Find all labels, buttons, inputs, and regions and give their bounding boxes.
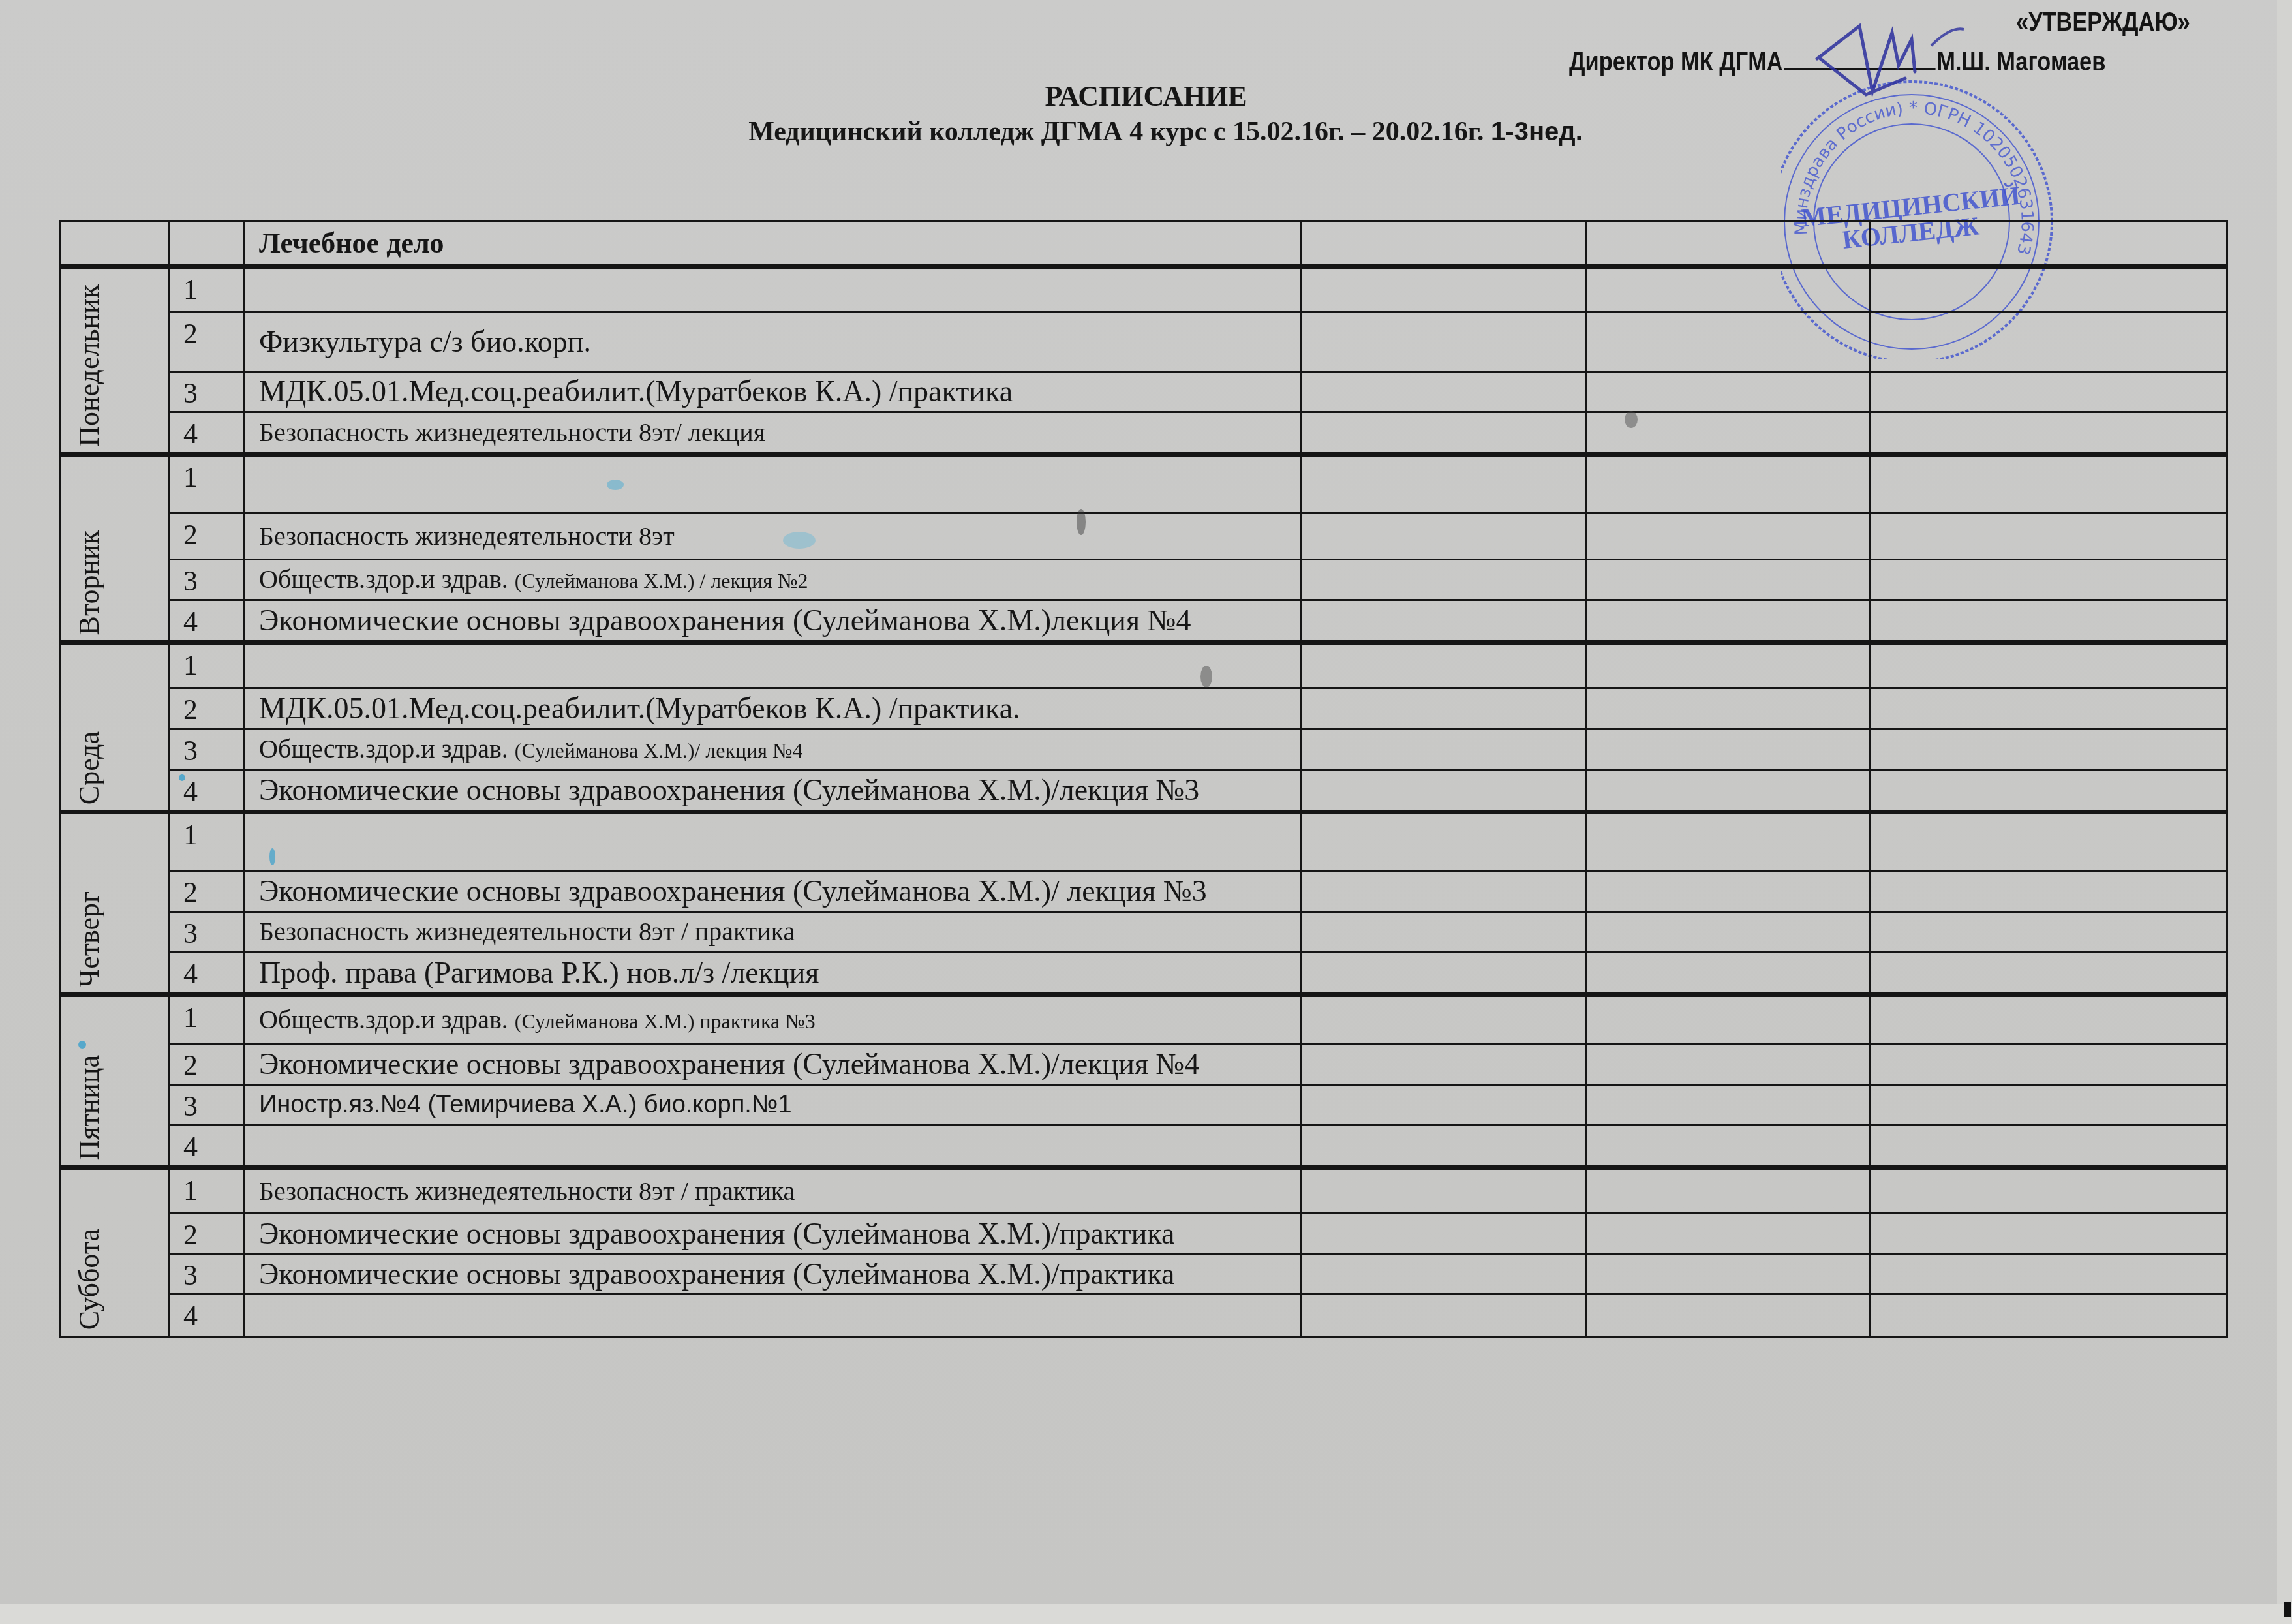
empty-cell (1587, 371, 1870, 412)
lesson-number: 2 (170, 513, 244, 559)
table-row: 2Экономические основы здравоохранения (С… (60, 1044, 2227, 1084)
lesson-number: 4 (170, 1125, 244, 1167)
empty-cell (1587, 729, 1870, 769)
empty-cell (1302, 455, 1587, 513)
lesson-subject: Безопасность жизнедеятельности 8эт (259, 521, 675, 551)
lesson-detail: (Сулейманова Х.М.)/ лекция №4 (515, 739, 803, 762)
lesson-subject-cell: МДК.05.01.Мед.соц.реабилит.(Муратбеков К… (244, 688, 1302, 729)
empty-cell (1587, 995, 1870, 1044)
empty-cell (1302, 688, 1587, 729)
document-title: РАСПИСАНИЕ (0, 80, 2292, 113)
lesson-subject: Обществ.здор.и здрав. (259, 734, 515, 763)
table-row: Вторник1 (60, 455, 2227, 513)
approval-signature-line: Директор МК ДГМАМ.Ш. Магомаев (1569, 46, 2105, 77)
empty-cell (1302, 995, 1587, 1044)
lesson-subject: Обществ.здор.и здрав. (259, 564, 515, 594)
table-row: 2МДК.05.01.Мед.соц.реабилит.(Муратбеков … (60, 688, 2227, 729)
lesson-subject: Безопасность жизнедеятельности 8эт/ лекц… (259, 418, 765, 447)
empty-cell (1302, 1125, 1587, 1167)
lesson-number: 4 (170, 412, 244, 454)
table-row: 2Экономические основы здравоохранения (С… (60, 1214, 2227, 1254)
header-extra-cell (1302, 221, 1587, 267)
lesson-subject: Экономические основы здравоохранения (Су… (259, 1217, 1174, 1250)
empty-cell (1302, 952, 1587, 994)
lesson-subject: Физкультура с/з био.корп. (259, 325, 591, 358)
empty-cell (1870, 455, 2227, 513)
empty-cell (1587, 1295, 1870, 1337)
lesson-subject: Экономические основы здравоохранения (Су… (259, 773, 1199, 806)
empty-cell (1302, 267, 1587, 313)
table-header-row: Лечебное дело (60, 221, 2227, 267)
empty-cell (1870, 1295, 2227, 1337)
empty-cell (1587, 412, 1870, 454)
lesson-detail: (Сулейманова Х.М.) практика №3 (515, 1009, 816, 1033)
empty-cell (1870, 952, 2227, 994)
empty-cell (1587, 643, 1870, 688)
empty-cell (1870, 412, 2227, 454)
lesson-subject-cell (244, 455, 1302, 513)
lesson-subject-cell: Обществ.здор.и здрав. (Сулейманова Х.М.)… (244, 995, 1302, 1044)
lesson-subject: Экономические основы здравоохранения (Су… (259, 874, 1207, 908)
empty-cell (1302, 412, 1587, 454)
table-row: 2Экономические основы здравоохранения (С… (60, 871, 2227, 912)
lesson-number: 1 (170, 995, 244, 1044)
lesson-number: 4 (170, 952, 244, 994)
document-subtitle: Медицинский колледж ДГМА 4 курс с 15.02.… (20, 116, 2292, 147)
lesson-number: 4 (170, 600, 244, 642)
empty-cell (1870, 1044, 2227, 1084)
header-extra-cell (1870, 221, 2227, 267)
lesson-subject: Безопасность жизнедеятельности 8эт / пра… (259, 1176, 795, 1206)
lesson-subject: Экономические основы здравоохранения (Су… (259, 604, 1191, 637)
empty-cell (1587, 600, 1870, 642)
header-extra-cell (1587, 221, 1870, 267)
empty-cell (1587, 1125, 1870, 1167)
empty-cell (1587, 688, 1870, 729)
day-cell: Вторник (60, 455, 170, 643)
table-row: 3Безопасность жизнедеятельности 8эт / пр… (60, 912, 2227, 952)
table-row: 4 (60, 1125, 2227, 1167)
table-row: Среда1 (60, 643, 2227, 688)
empty-cell (1302, 1295, 1587, 1337)
empty-cell (1302, 729, 1587, 769)
day-cell: Суббота (60, 1168, 170, 1337)
lesson-subject-cell: Безопасность жизнедеятельности 8эт (244, 513, 1302, 559)
lesson-subject: Иностр.яз.№4 (Темирчиева Х.А.) био.корп.… (259, 1091, 792, 1118)
empty-cell (1870, 769, 2227, 812)
empty-cell (1587, 313, 1870, 371)
lesson-subject-cell: Иностр.яз.№4 (Темирчиева Х.А.) био.корп.… (244, 1084, 1302, 1125)
empty-cell (1302, 600, 1587, 642)
lesson-subject: Безопасность жизнедеятельности 8эт / пра… (259, 917, 795, 946)
lesson-number: 3 (170, 1254, 244, 1295)
empty-cell (1870, 1125, 2227, 1167)
header-day-cell (60, 221, 170, 267)
day-name: Суббота (75, 1229, 104, 1330)
day-cell: Пятница (60, 995, 170, 1168)
table-row: 2Физкультура с/з био.корп. (60, 313, 2227, 371)
lesson-number: 2 (170, 313, 244, 371)
lesson-number: 3 (170, 729, 244, 769)
table-row: 3Иностр.яз.№4 (Темирчиева Х.А.) био.корп… (60, 1084, 2227, 1125)
empty-cell (1870, 1254, 2227, 1295)
lesson-number: 1 (170, 455, 244, 513)
empty-cell (1587, 267, 1870, 313)
lesson-number: 4 (170, 1295, 244, 1337)
empty-cell (1870, 688, 2227, 729)
weeks-label: 1-3нед. (1491, 117, 1583, 146)
empty-cell (1302, 1044, 1587, 1084)
empty-cell (1302, 1254, 1587, 1295)
empty-cell (1587, 1214, 1870, 1254)
table-row: 4Проф. права (Рагимова Р.К.) нов.л/з /ле… (60, 952, 2227, 994)
table-row: Понедельник1 (60, 267, 2227, 313)
day-cell: Четверг (60, 812, 170, 995)
lesson-number: 3 (170, 1084, 244, 1125)
empty-cell (1302, 1168, 1587, 1214)
lesson-number: 2 (170, 871, 244, 912)
empty-cell (1870, 1168, 2227, 1214)
empty-cell (1302, 643, 1587, 688)
empty-cell (1587, 952, 1870, 994)
empty-cell (1870, 1084, 2227, 1125)
approval-title: «УТВЕРЖДАЮ» (2016, 8, 2190, 37)
empty-cell (1302, 871, 1587, 912)
empty-cell (1870, 729, 2227, 769)
lesson-subject-cell: Безопасность жизнедеятельности 8эт/ лекц… (244, 412, 1302, 454)
lesson-subject-cell: Экономические основы здравоохранения (Су… (244, 871, 1302, 912)
table-row: 3Обществ.здор.и здрав. (Сулейманова Х.М.… (60, 729, 2227, 769)
lesson-subject-cell: Физкультура с/з био.корп. (244, 313, 1302, 371)
table-row: 3МДК.05.01.Мед.соц.реабилит.(Муратбеков … (60, 371, 2227, 412)
table-row: Суббота1Безопасность жизнедеятельности 8… (60, 1168, 2227, 1214)
lesson-subject-cell (244, 1295, 1302, 1337)
header-number-cell (170, 221, 244, 267)
empty-cell (1302, 1214, 1587, 1254)
empty-cell (1870, 995, 2227, 1044)
lesson-subject-cell: Проф. права (Рагимова Р.К.) нов.л/з /лек… (244, 952, 1302, 994)
day-name: Вторник (75, 530, 104, 635)
day-cell: Среда (60, 643, 170, 812)
lesson-number: 1 (170, 643, 244, 688)
lesson-number: 4 (170, 769, 244, 812)
lesson-detail: (Сулейманова Х.М.) / лекция №2 (515, 569, 808, 592)
lesson-number: 2 (170, 1214, 244, 1254)
empty-cell (1302, 371, 1587, 412)
signature-underline (1784, 46, 1935, 70)
lesson-number: 3 (170, 912, 244, 952)
empty-cell (1302, 513, 1587, 559)
empty-cell (1587, 769, 1870, 812)
empty-cell (1587, 513, 1870, 559)
lesson-subject-cell: Экономические основы здравоохранения (Су… (244, 1044, 1302, 1084)
lesson-subject: Экономические основы здравоохранения (Су… (259, 1257, 1174, 1291)
empty-cell (1587, 455, 1870, 513)
header-group-cell: Лечебное дело (244, 221, 1302, 267)
lesson-number: 1 (170, 1168, 244, 1214)
lesson-number: 3 (170, 559, 244, 600)
lesson-subject-cell (244, 267, 1302, 313)
empty-cell (1587, 1044, 1870, 1084)
empty-cell (1587, 912, 1870, 952)
table-row: 3Обществ.здор.и здрав. (Сулейманова Х.М.… (60, 559, 2227, 600)
lesson-subject: Проф. права (Рагимова Р.К.) нов.л/з /лек… (259, 956, 819, 989)
empty-cell (1870, 513, 2227, 559)
lesson-number: 1 (170, 812, 244, 871)
empty-cell (1587, 1168, 1870, 1214)
empty-cell (1587, 1084, 1870, 1125)
lesson-subject-cell: Экономические основы здравоохранения (Су… (244, 769, 1302, 812)
lesson-number: 3 (170, 371, 244, 412)
empty-cell (1302, 559, 1587, 600)
lesson-number: 2 (170, 1044, 244, 1084)
approval-position: Директор МК ДГМА (1569, 48, 1783, 76)
lesson-subject: МДК.05.01.Мед.соц.реабилит.(Муратбеков К… (259, 692, 1020, 725)
lesson-number: 1 (170, 267, 244, 313)
empty-cell (1870, 559, 2227, 600)
subtitle-text: Медицинский колледж ДГМА 4 курс с 15.02.… (748, 117, 1484, 147)
empty-cell (1870, 812, 2227, 871)
table-row: 2Безопасность жизнедеятельности 8эт (60, 513, 2227, 559)
lesson-subject-cell: Безопасность жизнедеятельности 8эт / пра… (244, 1168, 1302, 1214)
empty-cell (1870, 643, 2227, 688)
lesson-subject-cell (244, 812, 1302, 871)
day-cell: Понедельник (60, 267, 170, 455)
scan-edge-bottom (0, 1604, 2292, 1624)
empty-cell (1302, 769, 1587, 812)
lesson-number: 2 (170, 688, 244, 729)
table-row: Пятница1Обществ.здор.и здрав. (Сулеймано… (60, 995, 2227, 1044)
lesson-subject: Обществ.здор.и здрав. (259, 1005, 515, 1034)
table-row: 4Экономические основы здравоохранения (С… (60, 769, 2227, 812)
approval-name: М.Ш. Магомаев (1936, 48, 2105, 76)
empty-cell (1302, 313, 1587, 371)
empty-cell (1587, 812, 1870, 871)
table-row: 4Безопасность жизнедеятельности 8эт/ лек… (60, 412, 2227, 454)
day-name: Четверг (75, 891, 104, 987)
empty-cell (1302, 912, 1587, 952)
lesson-subject-cell: МДК.05.01.Мед.соц.реабилит.(Муратбеков К… (244, 371, 1302, 412)
schedule-table: Лечебное дело Понедельник12Физкультура с… (59, 220, 2228, 1338)
table-row: Четверг1 (60, 812, 2227, 871)
lesson-subject-cell: Безопасность жизнедеятельности 8эт / пра… (244, 912, 1302, 952)
empty-cell (1587, 1254, 1870, 1295)
lesson-subject-cell (244, 1125, 1302, 1167)
day-name: Пятница (75, 1055, 104, 1160)
lesson-subject-cell (244, 643, 1302, 688)
empty-cell (1302, 812, 1587, 871)
lesson-subject: МДК.05.01.Мед.соц.реабилит.(Муратбеков К… (259, 375, 1013, 408)
table-row: 4Экономические основы здравоохранения (С… (60, 600, 2227, 642)
day-name: Понедельник (75, 284, 104, 447)
table-row: 3Экономические основы здравоохранения (С… (60, 1254, 2227, 1295)
table-row: 4 (60, 1295, 2227, 1337)
empty-cell (1870, 600, 2227, 642)
lesson-subject-cell: Обществ.здор.и здрав. (Сулейманова Х.М.)… (244, 729, 1302, 769)
empty-cell (1870, 912, 2227, 952)
empty-cell (1587, 871, 1870, 912)
day-name: Среда (75, 731, 104, 804)
empty-cell (1870, 267, 2227, 313)
empty-cell (1870, 313, 2227, 371)
lesson-subject-cell: Экономические основы здравоохранения (Су… (244, 1254, 1302, 1295)
lesson-subject: Экономические основы здравоохранения (Су… (259, 1047, 1199, 1080)
lesson-subject-cell: Экономические основы здравоохранения (Су… (244, 600, 1302, 642)
empty-cell (1302, 1084, 1587, 1125)
scan-edge-right (2277, 0, 2292, 1604)
empty-cell (1870, 1214, 2227, 1254)
scan-corner-mark (2284, 1602, 2291, 1617)
empty-cell (1870, 371, 2227, 412)
lesson-subject-cell: Экономические основы здравоохранения (Су… (244, 1214, 1302, 1254)
empty-cell (1870, 871, 2227, 912)
empty-cell (1587, 559, 1870, 600)
lesson-subject-cell: Обществ.здор.и здрав. (Сулейманова Х.М.)… (244, 559, 1302, 600)
